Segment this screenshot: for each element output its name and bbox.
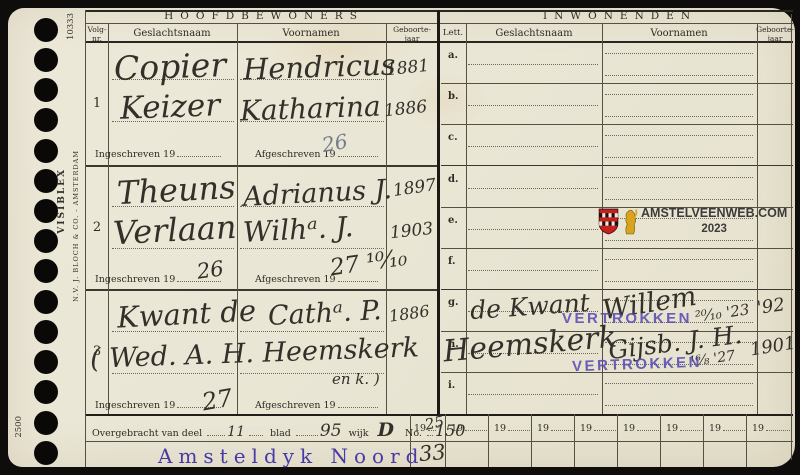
section-divider-line — [437, 10, 440, 414]
firstname-handwriting: Wilhᵃ. J. — [242, 213, 354, 247]
lett-label: f. — [448, 256, 455, 267]
ruled-line — [441, 83, 793, 84]
ingeschreven-label: Ingeschreven 19 — [95, 147, 221, 160]
dotted-line — [605, 259, 753, 260]
year-cell: 19 — [709, 421, 745, 434]
dotted-line — [723, 421, 745, 431]
ruled-line — [85, 165, 437, 167]
ruled-line — [441, 165, 793, 166]
dotted-line — [240, 248, 384, 249]
hoofdbewoners-title: HOOFDBEWONERS — [164, 10, 364, 22]
amsteldyk-noord-stamp: Amsteldyk Noord — [158, 444, 424, 468]
punch-hole — [34, 108, 58, 132]
lett-label: b. — [448, 91, 458, 102]
punch-hole — [34, 18, 58, 42]
lett-label: i. — [448, 380, 455, 391]
ruled-line — [441, 248, 793, 249]
punch-hole — [34, 320, 58, 344]
inwonenden-title: INWONENDEN — [543, 10, 697, 22]
punch-hole — [34, 259, 58, 283]
dotted-line — [605, 116, 753, 117]
punch-hole — [34, 290, 58, 314]
amstelveenweb-watermark: AMSTELVEENWEB.COM 2023 — [598, 206, 787, 236]
punch-hole — [34, 199, 58, 223]
year-cell: 19 — [580, 421, 616, 434]
dotted-line — [605, 135, 753, 136]
dotted-line — [605, 199, 753, 200]
volgnr-column-header: Volg- nr. — [86, 25, 108, 43]
dotted-line — [594, 421, 616, 431]
punch-hole — [34, 229, 58, 253]
lett-label: a. — [448, 50, 458, 61]
lett-label: d. — [448, 174, 458, 185]
dotted-line — [766, 421, 790, 431]
surname-handwriting: Verlaan — [112, 211, 237, 249]
volgnr-value: 1 — [93, 96, 101, 111]
geslachtsnaam-column-header: Geslachtsnaam — [495, 28, 572, 39]
dotted-line — [207, 426, 225, 436]
year-value-handwriting: 25 — [424, 414, 446, 433]
dotted-line — [605, 157, 753, 158]
watermark-year: 2023 — [641, 222, 787, 236]
year-cell: 19 — [623, 421, 659, 434]
dotted-line — [296, 426, 318, 436]
dotted-line — [468, 146, 598, 147]
year-cell: 19 — [451, 421, 487, 434]
volgnr-value: 2 — [93, 220, 101, 235]
year-cell: 19 — [494, 421, 530, 434]
deel-handwriting: 11 — [227, 424, 245, 440]
widow-note-handwriting: en k. ) — [332, 372, 380, 387]
dotted-line — [605, 240, 753, 241]
punch-hole — [34, 441, 58, 465]
dotted-line — [240, 331, 384, 332]
ingeschreven-year-handwriting: 27 — [200, 386, 234, 415]
wijk-label: wijk — [349, 428, 369, 439]
amstelveen-crest-shield-icon — [598, 208, 619, 235]
dotted-line — [468, 188, 598, 189]
firstname-handwriting: Cathᵃ. P. — [267, 297, 382, 330]
dotted-line — [468, 105, 598, 106]
ruled-line — [441, 124, 793, 125]
afgeschreven-label: Afgeschreven 19 — [255, 398, 378, 411]
dotted-line — [249, 426, 263, 436]
dotted-line — [338, 398, 378, 408]
dotted-line — [637, 421, 659, 431]
firstname-handwriting: Adrianus J. — [242, 176, 392, 211]
ruled-line — [791, 14, 792, 460]
punch-hole — [34, 411, 58, 435]
overgebracht-row: Overgebracht van deel 11 blad 95 wijk D … — [92, 421, 467, 440]
dotted-line — [605, 94, 753, 95]
voornamen-column-header: Voornamen — [282, 28, 339, 39]
ruled-line — [746, 414, 747, 467]
surname-handwriting: Theuns — [116, 171, 236, 209]
birthyear-handwriting: 1903 — [389, 221, 434, 242]
dotted-line — [680, 421, 702, 431]
geboortejaar-column-header: Geboorte- jaar — [750, 25, 800, 43]
firstname-handwriting: Katharina — [240, 93, 382, 126]
ingeschreven-year-handwriting: 26 — [196, 258, 225, 283]
punch-hole — [34, 350, 58, 374]
dotted-line — [468, 394, 598, 395]
geslachtsnaam-column-header: Geslachtsnaam — [133, 28, 210, 39]
geboortejaar-column-header: Geboorte- jaar — [387, 25, 437, 43]
dotted-line — [177, 147, 221, 157]
afgeschreven-year-handwriting: 26 — [320, 131, 349, 155]
year-cell: 19 — [666, 421, 702, 434]
brand-visiblex: VISIBLEX — [57, 168, 67, 234]
dotted-line — [508, 421, 530, 431]
firstname-handwriting: Hendricus — [243, 50, 397, 84]
lett-label: g. — [448, 297, 458, 308]
ruled-line — [488, 414, 489, 467]
dotted-line — [605, 53, 753, 54]
dotted-line — [551, 421, 573, 431]
dotted-line — [605, 383, 753, 384]
year-cell: 19 — [537, 421, 573, 434]
ruled-line — [617, 414, 618, 467]
brand-printer: N.V. J. BLOCH & CO. - AMSTERDAM — [72, 150, 80, 302]
surname-handwriting: Kwant de — [116, 296, 256, 332]
dotted-line — [605, 75, 753, 76]
lett-label: e. — [448, 215, 458, 226]
lion-icon — [622, 208, 638, 235]
surname-handwriting: Keizer — [119, 90, 220, 124]
watermark-site: AMSTELVEENWEB.COM — [641, 206, 787, 222]
blad-label: blad — [270, 428, 291, 439]
dotted-line — [605, 281, 753, 282]
card-batch-number: 2500 — [14, 416, 24, 438]
birthyear-handwriting: 1881 — [385, 58, 430, 79]
dotted-line — [468, 270, 598, 271]
voornamen-column-header: Voornamen — [650, 28, 707, 39]
dotted-line — [605, 177, 753, 178]
surname-handwriting: Copier — [113, 48, 226, 85]
register-card-scan: 10333 VISIBLEX N.V. J. BLOCH & CO. - AMS… — [0, 0, 800, 475]
blad-handwriting: 95 — [320, 421, 342, 441]
ruled-line — [531, 414, 532, 467]
punch-hole — [34, 48, 58, 72]
overgebracht-label: Overgebracht van deel — [92, 428, 202, 439]
ruled-line — [85, 10, 86, 467]
punch-hole — [34, 139, 58, 163]
wijk-handwriting: D — [378, 419, 394, 441]
ruled-line — [441, 289, 793, 290]
punch-hole — [34, 78, 58, 102]
ruled-line — [660, 414, 661, 467]
dotted-line — [605, 405, 753, 406]
year-cell: 19 — [752, 421, 790, 434]
dotted-line — [468, 229, 598, 230]
ruled-line — [85, 289, 437, 291]
birthyear-handwriting: 1886 — [383, 99, 428, 120]
ruled-line — [574, 414, 575, 467]
lett-label: c. — [448, 132, 458, 143]
house-number-handwriting: 33 — [418, 442, 446, 465]
punch-hole — [34, 169, 58, 193]
afgeschreven-label: Afgeschreven 19 — [255, 147, 378, 160]
birthyear-handwriting: '92 — [756, 296, 786, 318]
ruled-line — [703, 414, 704, 467]
dotted-line — [468, 64, 598, 65]
punch-hole — [34, 380, 58, 404]
card-stock-number: 10333 — [66, 13, 76, 40]
watermark-text: AMSTELVEENWEB.COM 2023 — [641, 206, 787, 236]
dotted-line — [465, 421, 487, 431]
lett-column-header: Lett. — [443, 28, 463, 38]
